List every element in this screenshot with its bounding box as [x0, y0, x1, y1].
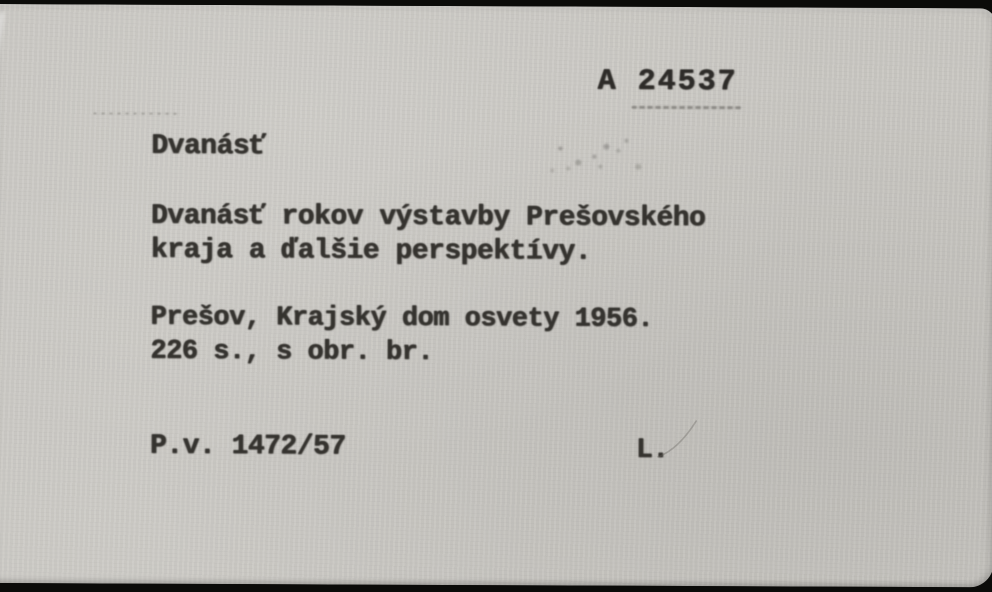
collation-line: 226 s., s obr. br.	[150, 337, 433, 368]
pencil-smudge	[558, 146, 562, 150]
catalog-card-paper: A 24537 Dvanásť Dvanásť rokov výstavby P…	[0, 4, 992, 587]
title-line-1: Dvanásť rokov výstavby Prešovského	[151, 201, 705, 234]
imprint-line: Prešov, Krajský dom osvety 1956.	[151, 303, 654, 335]
paper-edge-glint	[0, 12, 4, 72]
scanned-catalog-card: A 24537 Dvanásť Dvanásť rokov výstavby P…	[0, 0, 992, 592]
pencil-dotted-mark	[94, 112, 179, 114]
catalog-number-underline	[632, 106, 742, 109]
accession-number: P.v. 1472/57	[150, 431, 346, 463]
cataloguer-initial: L.	[636, 435, 669, 466]
title-line-2: kraja a ďalšie perspektívy.	[151, 235, 591, 268]
author-heading: Dvanásť	[151, 131, 265, 162]
catalog-number: A 24537	[598, 65, 738, 100]
